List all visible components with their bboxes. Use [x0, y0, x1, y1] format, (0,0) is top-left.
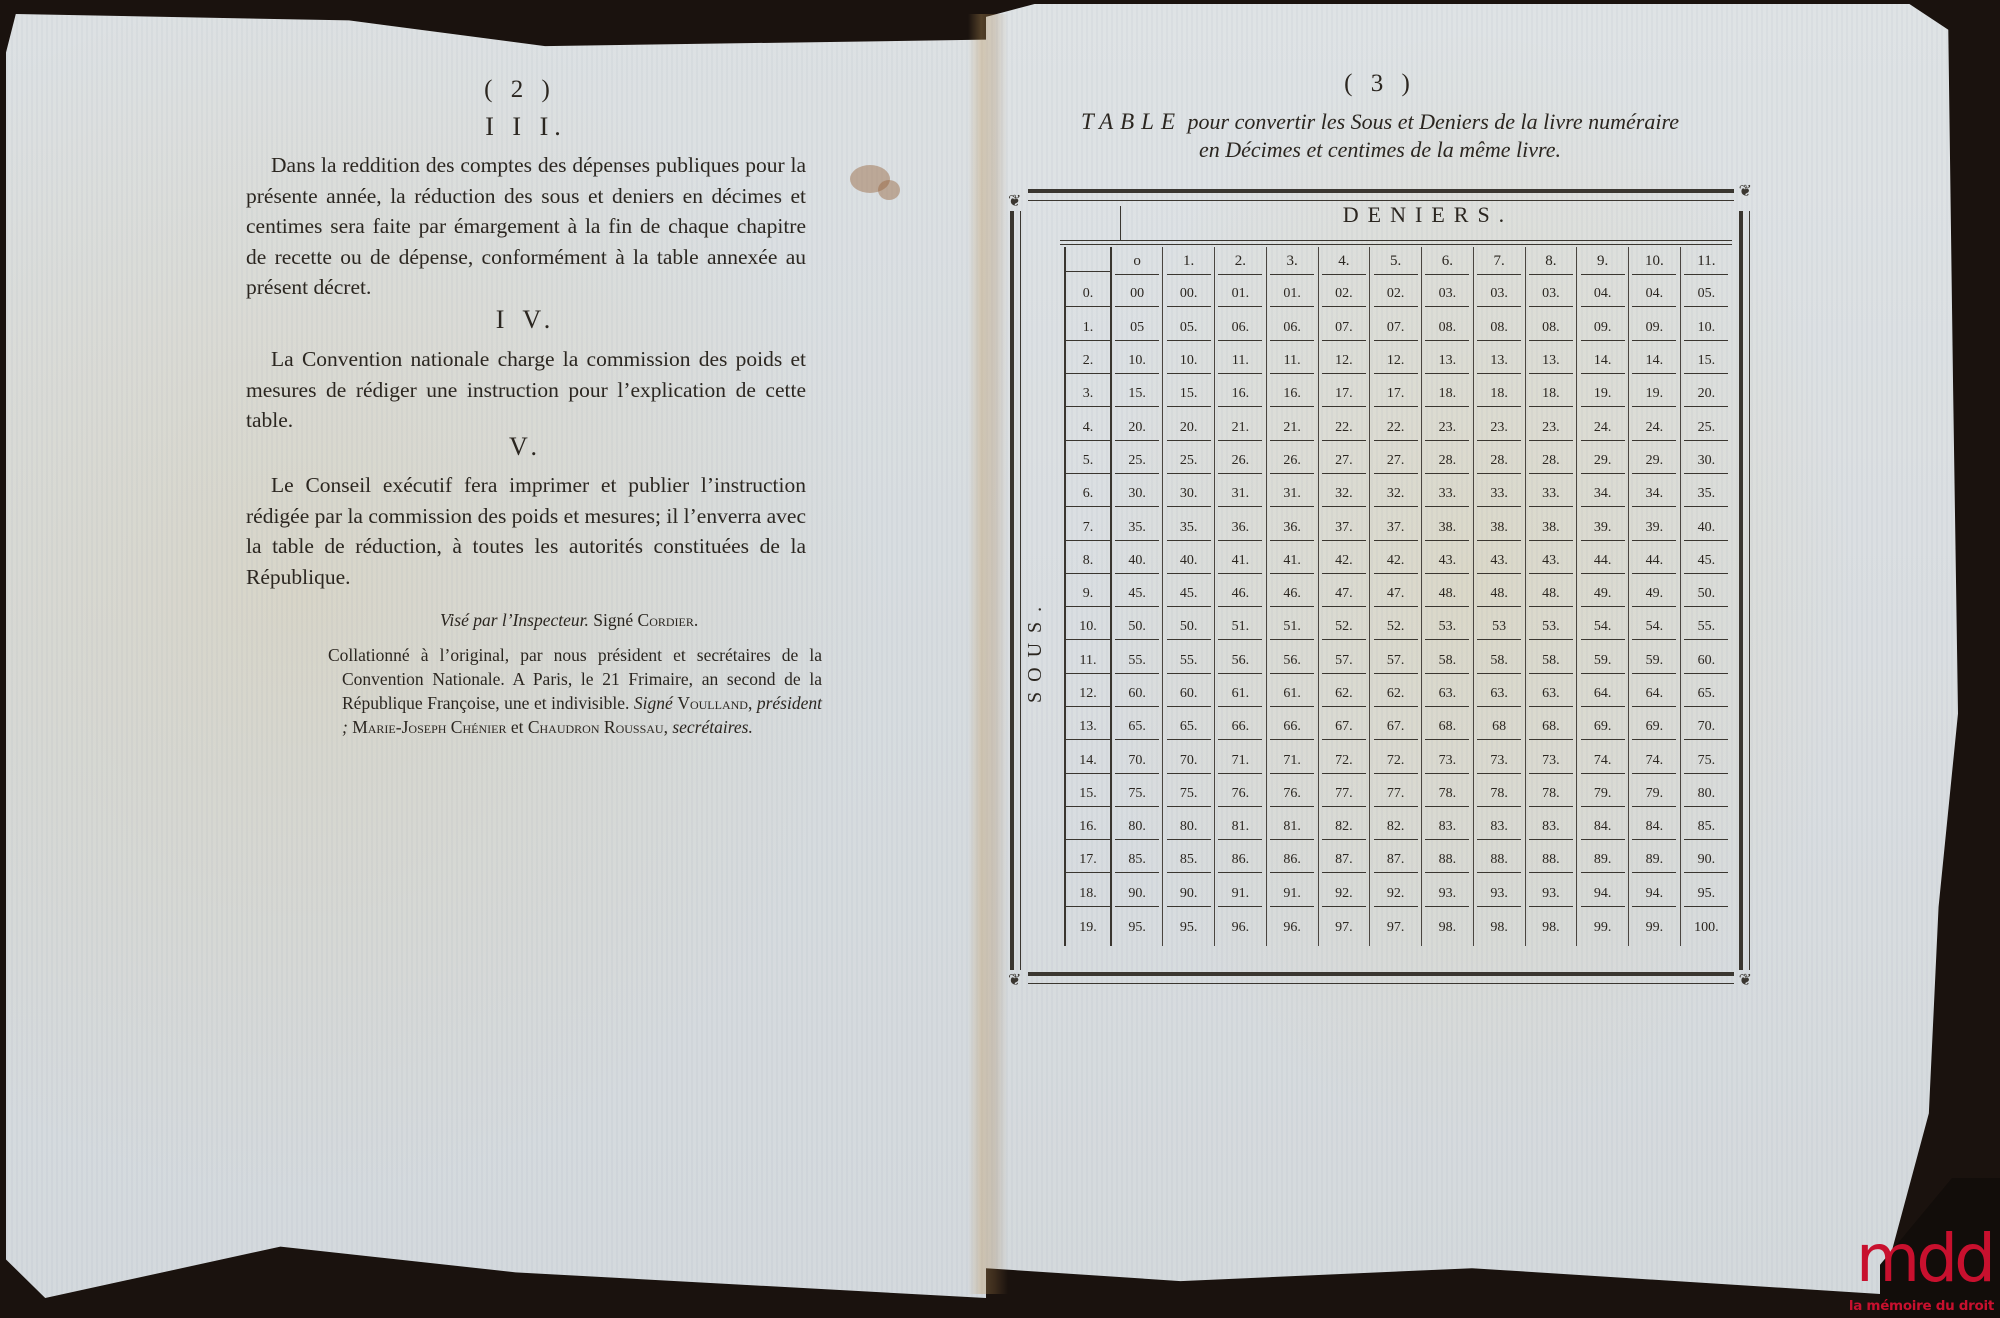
table-cell: 88.	[1473, 846, 1525, 879]
article-heading-3: I I I.	[246, 112, 806, 142]
table-cell: 69.	[1577, 713, 1629, 746]
table-cell: 88.	[1525, 846, 1577, 879]
table-cell: 85.	[1111, 846, 1163, 879]
table-cell: 21.	[1215, 413, 1267, 446]
table-cell: 73.	[1473, 746, 1525, 779]
table-cell: 20.	[1680, 380, 1732, 413]
table-cell: 86.	[1266, 846, 1318, 879]
table-cell: 64.	[1577, 680, 1629, 713]
table-cell: 28.	[1525, 447, 1577, 480]
table-cell: 83.	[1473, 813, 1525, 846]
table-body: 0.0000.01.01.02.02.03.03.03.04.04.05.1.0…	[1065, 280, 1732, 946]
table-cell: 15.	[1111, 380, 1163, 413]
table-cell: 31.	[1266, 480, 1318, 513]
table-cell: 66.	[1215, 713, 1267, 746]
sous-label: SOUS.	[1024, 560, 1064, 740]
table-cell: 16.	[1215, 380, 1267, 413]
row-header-sous: 15.	[1065, 780, 1111, 813]
table-row: 16.80.80.81.81.82.82.83.83.83.84.84.85.	[1065, 813, 1732, 846]
table-cell: 52.	[1318, 613, 1370, 646]
table-cell: 60.	[1680, 647, 1732, 680]
table-cell: 38.	[1422, 513, 1474, 546]
table-cell: 94.	[1577, 880, 1629, 913]
table-cell: 55.	[1111, 647, 1163, 680]
table-cell: 35.	[1111, 513, 1163, 546]
table-cell: 98.	[1525, 913, 1577, 946]
row-header-sous: 17.	[1065, 846, 1111, 879]
table-cell: 58.	[1422, 647, 1474, 680]
table-cell: 12.	[1370, 347, 1422, 380]
table-cell: 40.	[1163, 547, 1215, 580]
table-cell: 61.	[1215, 680, 1267, 713]
table-cell: 72.	[1370, 746, 1422, 779]
table-cell: 05	[1111, 314, 1163, 347]
row-header-sous: 8.	[1065, 547, 1111, 580]
table-cell: 36.	[1215, 513, 1267, 546]
table-cell: 79.	[1629, 780, 1681, 813]
table-cell: 15.	[1163, 380, 1215, 413]
article-text-5: Le Conseil exécutif fera imprimer et pub…	[246, 470, 806, 592]
row-header-sous: 16.	[1065, 813, 1111, 846]
table-cell: 10.	[1163, 347, 1215, 380]
table-cell: 25.	[1163, 447, 1215, 480]
table-cell: 76.	[1215, 780, 1267, 813]
table-cell: 78.	[1422, 780, 1474, 813]
table-cell: 76.	[1266, 780, 1318, 813]
table-cell: 65.	[1163, 713, 1215, 746]
table-cell: 75.	[1111, 780, 1163, 813]
table-cell: 00.	[1163, 280, 1215, 313]
table-cell: 54.	[1629, 613, 1681, 646]
table-cell: 00	[1111, 280, 1163, 313]
table-cell: 53	[1473, 613, 1525, 646]
table-cell: 93.	[1525, 880, 1577, 913]
table-row: 19.95.95.96.96.97.97.98.98.98.99.99.100.	[1065, 913, 1732, 946]
table-cell: 53.	[1422, 613, 1474, 646]
table-cell: 78.	[1525, 780, 1577, 813]
table-title-word: TABLE	[1081, 109, 1182, 134]
table-cell: 58.	[1525, 647, 1577, 680]
table-cell: 33.	[1422, 480, 1474, 513]
table-cell: 90.	[1111, 880, 1163, 913]
table-cell: 85.	[1163, 846, 1215, 879]
table-cell: 33.	[1473, 480, 1525, 513]
table-cell: 75.	[1163, 780, 1215, 813]
table-cell: 95.	[1111, 913, 1163, 946]
table-cell: 33.	[1525, 480, 1577, 513]
table-cell: 24.	[1577, 413, 1629, 446]
table-cell: 73.	[1422, 746, 1474, 779]
table-row: 7.35.35.36.36.37.37.38.38.38.39.39.40.	[1065, 513, 1732, 546]
table-cell: 42.	[1370, 547, 1422, 580]
row-header-sous: 13.	[1065, 713, 1111, 746]
table-cell: 71.	[1215, 746, 1267, 779]
table-cell: 68	[1473, 713, 1525, 746]
table-cell: 57.	[1318, 647, 1370, 680]
table-cell: 69.	[1629, 713, 1681, 746]
table-cell: 97.	[1370, 913, 1422, 946]
table-cell: 70.	[1111, 746, 1163, 779]
table-cell: 92.	[1318, 880, 1370, 913]
table-cell: 12.	[1318, 347, 1370, 380]
page-number-left: ( 2 )	[480, 76, 560, 104]
table-cell: 61.	[1266, 680, 1318, 713]
table-cell: 83.	[1422, 813, 1474, 846]
table-cell: 19.	[1577, 380, 1629, 413]
conversion-table: o 1. 2. 3. 4. 5. 6. 7. 8. 9. 10. 11. 0.0…	[1064, 247, 1732, 946]
mdd-logo: mdd	[1856, 1226, 1992, 1292]
table-cell: 55.	[1680, 613, 1732, 646]
row-header-sous: 6.	[1065, 480, 1111, 513]
table-cell: 59.	[1629, 647, 1681, 680]
table-cell: 13.	[1525, 347, 1577, 380]
table-cell: 23.	[1473, 413, 1525, 446]
table-cell: 89.	[1577, 846, 1629, 879]
table-cell: 45.	[1163, 580, 1215, 613]
table-cell: 38.	[1473, 513, 1525, 546]
table-cell: 18.	[1525, 380, 1577, 413]
table-cell: 31.	[1215, 480, 1267, 513]
table-cell: 77.	[1370, 780, 1422, 813]
row-header-sous: 18.	[1065, 880, 1111, 913]
table-cell: 58.	[1473, 647, 1525, 680]
column-header: 4.	[1318, 247, 1370, 280]
table-cell: 98.	[1473, 913, 1525, 946]
table-cell: 10.	[1111, 347, 1163, 380]
table-cell: 44.	[1629, 547, 1681, 580]
table-cell: 84.	[1577, 813, 1629, 846]
table-row: 3.15.15.16.16.17.17.18.18.18.19.19.20.	[1065, 380, 1732, 413]
table-cell: 82.	[1318, 813, 1370, 846]
table-cell: 35.	[1680, 480, 1732, 513]
table-cell: 60.	[1163, 680, 1215, 713]
table-cell: 70.	[1163, 746, 1215, 779]
table-cell: 83.	[1525, 813, 1577, 846]
deniers-divider	[1120, 206, 1121, 240]
table-cell: 08.	[1525, 314, 1577, 347]
column-header: 9.	[1577, 247, 1629, 280]
table-cell: 60.	[1111, 680, 1163, 713]
table-cell: 52.	[1370, 613, 1422, 646]
table-cell: 67.	[1318, 713, 1370, 746]
table-cell: 54.	[1577, 613, 1629, 646]
column-header: 3.	[1266, 247, 1318, 280]
table-cell: 23.	[1525, 413, 1577, 446]
table-cell: 08.	[1422, 314, 1474, 347]
table-cell: 46.	[1266, 580, 1318, 613]
row-header-sous: 0.	[1065, 280, 1111, 313]
column-header: 6.	[1422, 247, 1474, 280]
table-row: 10.50.50.51.51.52.52.53.5353.54.54.55.	[1065, 613, 1732, 646]
table-cell: 23.	[1422, 413, 1474, 446]
table-cell: 93.	[1422, 880, 1474, 913]
table-cell: 82.	[1370, 813, 1422, 846]
row-header-sous: 5.	[1065, 447, 1111, 480]
ornament-icon: ❦	[1739, 970, 1752, 990]
table-cell: 07.	[1318, 314, 1370, 347]
table-cell: 74.	[1629, 746, 1681, 779]
table-cell: 55.	[1163, 647, 1215, 680]
table-cell: 28.	[1473, 447, 1525, 480]
table-cell: 57.	[1370, 647, 1422, 680]
table-cell: 02.	[1318, 280, 1370, 313]
table-cell: 48.	[1473, 580, 1525, 613]
column-header: o	[1111, 247, 1163, 280]
table-cell: 09.	[1577, 314, 1629, 347]
table-cell: 75.	[1680, 746, 1732, 779]
table-cell: 40.	[1111, 547, 1163, 580]
table-row: 14.70.70.71.71.72.72.73.73.73.74.74.75.	[1065, 746, 1732, 779]
table-row: 4.20.20.21.21.22.22.23.23.23.24.24.25.	[1065, 413, 1732, 446]
table-cell: 18.	[1473, 380, 1525, 413]
secretaries-title: secrétaires.	[672, 717, 753, 737]
table-cell: 81.	[1266, 813, 1318, 846]
secretary-1: Marie-Joseph Chénier	[352, 717, 506, 737]
table-cell: 41.	[1215, 547, 1267, 580]
table-cell: 99.	[1629, 913, 1681, 946]
table-cell: 46.	[1215, 580, 1267, 613]
table-cell: 56.	[1266, 647, 1318, 680]
table-row: 2.10.10.11.11.12.12.13.13.13.14.14.15.	[1065, 347, 1732, 380]
table-row: 0.0000.01.01.02.02.03.03.03.04.04.05.	[1065, 280, 1732, 313]
table-cell: 49.	[1629, 580, 1681, 613]
table-cell: 74.	[1577, 746, 1629, 779]
table-cell: 20.	[1111, 413, 1163, 446]
table-row: 9.45.45.46.46.47.47.48.48.48.49.49.50.	[1065, 580, 1732, 613]
row-header-sous: 1.	[1065, 314, 1111, 347]
table-cell: 43.	[1525, 547, 1577, 580]
table-cell: 47.	[1318, 580, 1370, 613]
row-header-sous: 4.	[1065, 413, 1111, 446]
table-row: 5.25.25.26.26.27.27.28.28.28.29.29.30.	[1065, 447, 1732, 480]
column-header: 8.	[1525, 247, 1577, 280]
table-cell: 81.	[1215, 813, 1267, 846]
table-row: 18.90.90.91.91.92.92.93.93.93.94.94.95.	[1065, 880, 1732, 913]
frame-rule-bottom	[1028, 972, 1734, 984]
table-cell: 25.	[1680, 413, 1732, 446]
table-cell: 63.	[1525, 680, 1577, 713]
table-cell: 84.	[1629, 813, 1681, 846]
secretary-2: Chaudron Roussau	[528, 717, 664, 737]
table-cell: 72.	[1318, 746, 1370, 779]
table-cell: 29.	[1629, 447, 1681, 480]
table-cell: 11.	[1215, 347, 1267, 380]
table-cell: 90.	[1163, 880, 1215, 913]
table-cell: 45.	[1680, 547, 1732, 580]
table-cell: 17.	[1318, 380, 1370, 413]
table-cell: 29.	[1577, 447, 1629, 480]
table-cell: 27.	[1318, 447, 1370, 480]
table-cell: 65.	[1680, 680, 1732, 713]
table-row: 17.85.85.86.86.87.87.88.88.88.89.89.90.	[1065, 846, 1732, 879]
table-cell: 04.	[1629, 280, 1681, 313]
table-cell: 19.	[1629, 380, 1681, 413]
collation-signed-label: Signé	[634, 693, 673, 713]
table-row: 11.55.55.56.56.57.57.58.58.58.59.59.60.	[1065, 647, 1732, 680]
table-cell: 87.	[1318, 846, 1370, 879]
table-cell: 78.	[1473, 780, 1525, 813]
table-cell: 50.	[1163, 613, 1215, 646]
table-row: 15.75.75.76.76.77.77.78.78.78.79.79.80.	[1065, 780, 1732, 813]
deniers-label: DENIERS.	[1122, 202, 1734, 228]
table-cell: 44.	[1577, 547, 1629, 580]
table-cell: 51.	[1215, 613, 1267, 646]
table-cell: 13.	[1473, 347, 1525, 380]
table-cell: 47.	[1370, 580, 1422, 613]
table-cell: 43.	[1473, 547, 1525, 580]
table-row: 13.65.65.66.66.67.67.68.6868.69.69.70.	[1065, 713, 1732, 746]
table-cell: 08.	[1473, 314, 1525, 347]
table-cell: 73.	[1525, 746, 1577, 779]
table-cell: 05.	[1680, 280, 1732, 313]
table-cell: 40.	[1680, 513, 1732, 546]
table-cell: 80.	[1111, 813, 1163, 846]
table-cell: 37.	[1370, 513, 1422, 546]
table-cell: 94.	[1629, 880, 1681, 913]
table-cell: 03.	[1422, 280, 1474, 313]
table-cell: 14.	[1577, 347, 1629, 380]
table-title: TABLE pour convertir les Sous et Deniers…	[1000, 108, 1760, 164]
table-cell: 16.	[1266, 380, 1318, 413]
table-cell: 06.	[1266, 314, 1318, 347]
table-cell: 10.	[1680, 314, 1732, 347]
table-cell: 90.	[1680, 846, 1732, 879]
table-cell: 92.	[1370, 880, 1422, 913]
table-cell: 79.	[1577, 780, 1629, 813]
frame-rule-top	[1028, 189, 1734, 201]
ornament-icon: ❦	[1739, 181, 1752, 201]
table-cell: 63.	[1473, 680, 1525, 713]
table-cell: 18.	[1422, 380, 1474, 413]
table-cell: 01.	[1266, 280, 1318, 313]
visa-signed-label: Signé	[593, 610, 633, 630]
table-cell: 67.	[1370, 713, 1422, 746]
table-cell: 49.	[1577, 580, 1629, 613]
table-cell: 41.	[1266, 547, 1318, 580]
table-cell: 85.	[1680, 813, 1732, 846]
table-row: 8.40.40.41.41.42.42.43.43.43.44.44.45.	[1065, 547, 1732, 580]
table-cell: 68.	[1525, 713, 1577, 746]
table-cell: 05.	[1163, 314, 1215, 347]
table-cell: 56.	[1215, 647, 1267, 680]
table-cell: 21.	[1266, 413, 1318, 446]
table-cell: 03.	[1473, 280, 1525, 313]
table-cell: 100.	[1680, 913, 1732, 946]
collation-block: Collationné à l’original, par nous prési…	[328, 643, 822, 739]
table-cell: 97.	[1318, 913, 1370, 946]
table-cell: 68.	[1422, 713, 1474, 746]
table-cell: 14.	[1629, 347, 1681, 380]
column-header: 5.	[1370, 247, 1422, 280]
collation-text: Collationné à l’original, par nous prési…	[328, 645, 822, 713]
row-header-sous: 14.	[1065, 746, 1111, 779]
table-cell: 95.	[1163, 913, 1215, 946]
table-cell: 71.	[1266, 746, 1318, 779]
visa-line: Visé par l’Inspecteur. Signé Cordier.	[440, 610, 698, 631]
table-cell: 64.	[1629, 680, 1681, 713]
table-cell: 62.	[1318, 680, 1370, 713]
ornament-icon: ❦	[1008, 191, 1021, 211]
header-rule	[1060, 240, 1732, 245]
table-cell: 89.	[1629, 846, 1681, 879]
table-cell: 24.	[1629, 413, 1681, 446]
table-cell: 15.	[1680, 347, 1732, 380]
table-cell: 11.	[1266, 347, 1318, 380]
table-cell: 36.	[1266, 513, 1318, 546]
table-cell: 50.	[1111, 613, 1163, 646]
table-cell: 62.	[1370, 680, 1422, 713]
table-cell: 30.	[1680, 447, 1732, 480]
table-cell: 66.	[1266, 713, 1318, 746]
ink-stain	[878, 180, 900, 200]
table-cell: 01.	[1215, 280, 1267, 313]
table-cell: 17.	[1370, 380, 1422, 413]
table-cell: 48.	[1525, 580, 1577, 613]
table-row: 12.60.60.61.61.62.62.63.63.63.64.64.65.	[1065, 680, 1732, 713]
row-header-sous: 9.	[1065, 580, 1111, 613]
table-cell: 95.	[1680, 880, 1732, 913]
table-cell: 63.	[1422, 680, 1474, 713]
table-row: 1.0505.06.06.07.07.08.08.08.09.09.10.	[1065, 314, 1732, 347]
row-header-sous: 11.	[1065, 647, 1111, 680]
table-cell: 93.	[1473, 880, 1525, 913]
table-cell: 53.	[1525, 613, 1577, 646]
table-title-line1: pour convertir les Sous et Deniers de la…	[1188, 109, 1679, 134]
row-header-sous: 3.	[1065, 380, 1111, 413]
article-heading-5: V.	[246, 432, 806, 462]
table-cell: 59.	[1577, 647, 1629, 680]
table-cell: 98.	[1422, 913, 1474, 946]
frame-rule-right	[1739, 211, 1750, 970]
row-header-sous: 7.	[1065, 513, 1111, 546]
table-cell: 03.	[1525, 280, 1577, 313]
table-cell: 51.	[1266, 613, 1318, 646]
column-header: 2.	[1215, 247, 1267, 280]
table-cell: 02.	[1370, 280, 1422, 313]
table-cell: 39.	[1577, 513, 1629, 546]
table-cell: 50.	[1680, 580, 1732, 613]
table-cell: 07.	[1370, 314, 1422, 347]
table-cell: 28.	[1422, 447, 1474, 480]
table-cell: 91.	[1266, 880, 1318, 913]
table-cell: 86.	[1215, 846, 1267, 879]
table-cell: 22.	[1318, 413, 1370, 446]
visa-italic: Visé par l’Inspecteur.	[440, 610, 589, 630]
table-cell: 04.	[1577, 280, 1629, 313]
table-cell: 42.	[1318, 547, 1370, 580]
table-cell: 06.	[1215, 314, 1267, 347]
table-cell: 27.	[1370, 447, 1422, 480]
table-cell: 70.	[1680, 713, 1732, 746]
table-cell: 88.	[1422, 846, 1474, 879]
table-cell: 26.	[1266, 447, 1318, 480]
table-cell: 32.	[1370, 480, 1422, 513]
mdd-tagline: la mémoire du droit	[1849, 1298, 1994, 1314]
table-cell: 65.	[1111, 713, 1163, 746]
row-header-sous: 2.	[1065, 347, 1111, 380]
table-cell: 13.	[1422, 347, 1474, 380]
table-cell: 87.	[1370, 846, 1422, 879]
visa-name: Cordier.	[638, 610, 699, 630]
table-cell: 48.	[1422, 580, 1474, 613]
table-cell: 26.	[1215, 447, 1267, 480]
table-cell: 20.	[1163, 413, 1215, 446]
column-header: 11.	[1680, 247, 1732, 280]
row-header-sous: 10.	[1065, 613, 1111, 646]
table-cell: 96.	[1266, 913, 1318, 946]
and-word: et	[511, 717, 524, 737]
table-cell: 22.	[1370, 413, 1422, 446]
